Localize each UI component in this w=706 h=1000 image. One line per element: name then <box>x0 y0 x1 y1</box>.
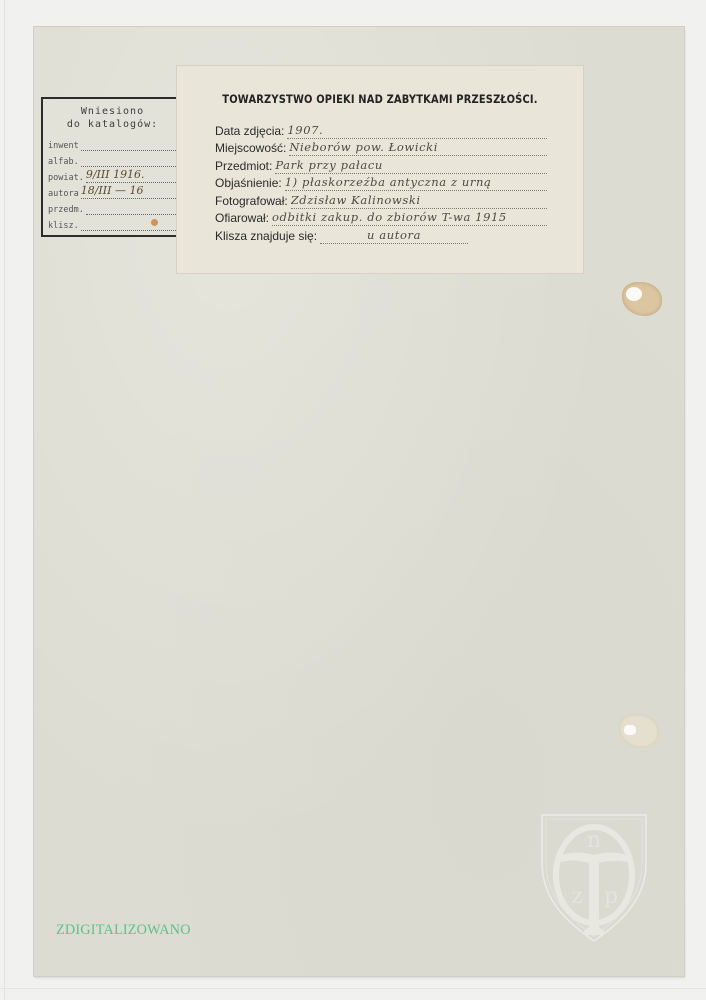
field-value: odbitki zakup. do zbiorów T-wa 1915 <box>272 210 547 226</box>
stamp-row-label: klisz. <box>48 221 79 231</box>
svg-text:n: n <box>587 828 601 853</box>
stamp-row-value: 9/III 1916. <box>86 168 178 183</box>
stamp-row-value <box>81 216 178 231</box>
field-negative-location: Klisza znajduje się: u autora <box>215 226 547 244</box>
stamp-row-inwent: inwent <box>48 135 178 151</box>
field-value: Nieborów pow. Łowicki <box>289 140 547 156</box>
svg-text:p: p <box>604 884 618 909</box>
society-emblem-watermark-icon: n z p <box>534 805 654 945</box>
field-value: Park przy pałacu <box>275 158 547 174</box>
stamp-row-label: alfab. <box>48 157 79 167</box>
scan-bottom-line <box>0 988 706 989</box>
stamp-row-przedm: przedm. <box>48 199 178 215</box>
field-label: Data zdjęcia: <box>215 124 284 139</box>
stamp-row-label: powiat. <box>48 173 84 183</box>
stamp-title-line2: do katalogów: <box>43 118 182 131</box>
field-label: Ofiarował: <box>215 211 269 226</box>
paper-tear-lower <box>619 714 659 748</box>
field-value: 1907. <box>287 123 547 139</box>
stamp-row-klisz: klisz. <box>48 215 178 231</box>
scan-edge-line <box>4 0 5 1000</box>
society-label-card: TOWARZYSTWO OPIEKI NAD ZABYTKAMI PRZESZŁ… <box>177 66 583 273</box>
field-donor: Ofiarował: odbitki zakup. do zbiorów T-w… <box>215 209 547 227</box>
stamp-row-value: 18/III — 16 <box>81 184 178 199</box>
stamp-title-line1: Wniesiono <box>43 105 182 118</box>
field-photographer: Fotografował: Zdzisław Kalinowski <box>215 191 547 209</box>
card-fields: Data zdjęcia: 1907. Miejscowość: Nieboró… <box>215 121 547 244</box>
stamp-row-value <box>86 200 178 215</box>
stamp-row-alfab: alfab. <box>48 151 178 167</box>
archival-card-page: Wniesiono do katalogów: inwent alfab. po… <box>34 27 684 976</box>
paper-tear-upper <box>622 282 662 316</box>
stamp-row-label: autora <box>48 189 79 199</box>
field-value: 1) płaskorzeźba antyczna z urną <box>285 175 547 191</box>
stamp-row-value <box>81 152 178 167</box>
catalog-stamp: Wniesiono do katalogów: inwent alfab. po… <box>41 97 184 237</box>
stamp-rows: inwent alfab. powiat. 9/III 1916. autora… <box>43 135 182 231</box>
stamp-row-label: inwent <box>48 141 79 151</box>
field-description: Objaśnienie: 1) płaskorzeźba antyczna z … <box>215 174 547 192</box>
field-label: Klisza znajduje się: <box>215 229 317 244</box>
card-title: TOWARZYSTWO OPIEKI NAD ZABYTKAMI PRZESZŁ… <box>205 92 554 106</box>
field-value: Zdzisław Kalinowski <box>291 193 547 209</box>
field-label: Przedmiot: <box>215 159 272 174</box>
field-value: u autora <box>320 228 468 244</box>
stamp-row-autora: autora 18/III — 16 <box>48 183 178 199</box>
field-photo-date: Data zdjęcia: 1907. <box>215 121 547 139</box>
ink-stain <box>151 219 158 226</box>
digitized-stamp: ZDIGITALIZOWANO <box>56 922 191 939</box>
stamp-row-powiat: powiat. 9/III 1916. <box>48 167 178 183</box>
field-label: Miejscowość: <box>215 141 286 156</box>
field-location: Miejscowość: Nieborów pow. Łowicki <box>215 139 547 157</box>
field-label: Fotografował: <box>215 194 288 209</box>
stamp-title: Wniesiono do katalogów: <box>43 105 182 131</box>
svg-text:z: z <box>571 884 583 909</box>
stamp-row-value <box>81 136 178 151</box>
stamp-row-label: przedm. <box>48 205 84 215</box>
field-label: Objaśnienie: <box>215 176 282 191</box>
field-subject: Przedmiot: Park przy pałacu <box>215 156 547 174</box>
